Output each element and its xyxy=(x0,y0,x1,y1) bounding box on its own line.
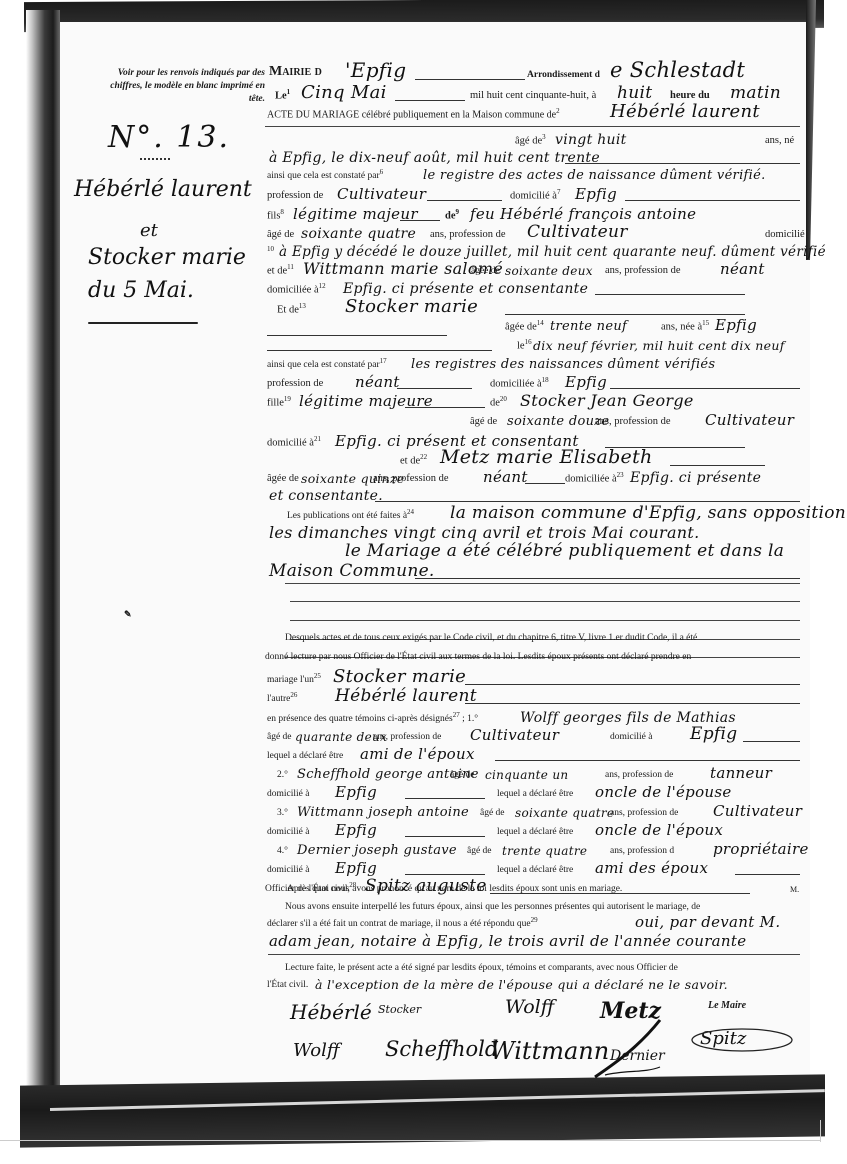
mairie-label: Mairie d xyxy=(269,64,322,80)
flourish-divider xyxy=(140,158,170,162)
act-number: N°. 13. xyxy=(108,120,230,155)
father-label: de xyxy=(445,210,456,221)
rule xyxy=(405,874,485,875)
arrondissement-label: Arrondissement d xyxy=(527,70,600,80)
binding-shadow-bottom xyxy=(20,1074,825,1147)
father-prof-label: ans, profession de xyxy=(430,229,506,240)
rule xyxy=(397,388,472,389)
rule xyxy=(375,501,800,502)
prof-label: ans, profession de xyxy=(605,770,673,780)
publications-row-3: le Mariage a été célébré publiquement et… xyxy=(265,541,805,563)
margin-conjunction: et xyxy=(140,220,158,241)
witness-2-profession: tanneur xyxy=(710,764,772,782)
father-age-label: âgé de xyxy=(267,229,294,240)
groom-mother-profession: néant xyxy=(720,260,765,278)
witness-4-relation: ami des époux xyxy=(595,859,708,877)
nee-label: ans, née à xyxy=(661,321,702,332)
father-label: de xyxy=(490,397,500,408)
rule xyxy=(405,836,485,837)
age-label: âgé de xyxy=(467,846,492,856)
rule xyxy=(400,220,440,221)
prof-label: ans, profession de xyxy=(373,732,441,742)
signature-heberle: Hébérlé xyxy=(290,1000,372,1024)
margin-groom-name: Hébérlé laurent xyxy=(74,177,252,202)
witness-2-relation: oncle de l'épouse xyxy=(595,783,732,801)
header-acte-row: ACTE DU MARIAGE célébré publiquement en … xyxy=(265,102,805,124)
margin-rule xyxy=(88,322,198,324)
mairie-value: 'Epfig xyxy=(345,58,406,82)
constate-label: ainsi que cela est constaté par xyxy=(267,171,380,181)
witness-1-domicile: Epfig xyxy=(690,724,737,744)
rule xyxy=(610,388,800,389)
groom-profession-row: profession de Cultivateur domicilié à7 E… xyxy=(265,183,805,205)
rule xyxy=(415,79,525,80)
stray-mark: ✎ xyxy=(124,609,132,620)
exception-note: à l'exception de la mère de l'épouse qui… xyxy=(315,977,728,992)
rule xyxy=(743,741,800,742)
dom-label: domicilié à xyxy=(267,865,309,875)
bride-birthplace: Epfig xyxy=(715,316,757,334)
witness-3-name: Wittmann joseph antoine xyxy=(297,805,469,820)
year-text: mil huit cent cinquante-huit, à xyxy=(470,90,596,101)
hour-value: huit xyxy=(617,83,652,103)
domicile-label: domicilié à xyxy=(510,190,557,201)
mother-prof-label: ans, profession de xyxy=(605,265,681,276)
bride-profession: néant xyxy=(355,373,400,391)
binding-shadow-right xyxy=(806,0,816,260)
groom-father: feu Hébérlé françois antoine xyxy=(470,205,696,223)
rel-label: lequel a déclaré être xyxy=(497,789,573,799)
groom-mother-age: soixante deux xyxy=(505,264,593,278)
margin-date: du 5 Mai. xyxy=(88,278,194,303)
profession-label: profession de xyxy=(267,378,323,389)
mother-age-label: âgée de xyxy=(267,473,299,484)
scan-edge-right xyxy=(820,1120,821,1142)
witness-1-profession: Cultivateur xyxy=(470,726,559,744)
groom-profession: Cultivateur xyxy=(337,185,426,203)
rule xyxy=(465,703,800,704)
arrondissement-value: e Schlestadt xyxy=(610,58,745,82)
exception-row: l'État civil. à l'exception de la mère d… xyxy=(265,972,805,994)
mother-dom-label: domiciliée à xyxy=(267,284,319,295)
bride-mother: Metz marie Elisabeth xyxy=(440,446,653,468)
witness-1-relation: ami de l'époux xyxy=(360,745,475,763)
dom-label: domicilié à xyxy=(267,789,309,799)
witness-2-domicile: Epfig xyxy=(335,783,377,801)
age-label: âgé de xyxy=(267,732,292,742)
rel-label: lequel a déclaré être xyxy=(497,865,573,875)
blank-line xyxy=(290,620,800,621)
witness-4-name: Dernier joseph gustave xyxy=(297,843,457,858)
father-prof-label: ans, profession de xyxy=(595,416,671,427)
age-label: âgé de xyxy=(515,135,542,146)
age-label: âgée de xyxy=(505,321,537,332)
binding-shadow-left xyxy=(26,10,60,1130)
contract-row-2: adam jean, notaire à Epfig, le trois avr… xyxy=(265,930,805,952)
age-label: âgé de xyxy=(480,808,505,818)
witnesses-intro: en présence des quatre témoins ci-après … xyxy=(267,714,453,724)
groom-name: Hébérlé laurent xyxy=(610,101,760,122)
publications-label: Les publications ont été faites à xyxy=(287,511,407,521)
groom-constate: le registre des actes de naissance dûmen… xyxy=(423,168,766,183)
witness-num: 3.° xyxy=(277,808,288,818)
mother-dom-label: domiciliée à xyxy=(565,473,617,484)
signature-scheffhold: Scheffhold xyxy=(385,1037,498,1061)
ans-ne-label: ans, né xyxy=(765,135,794,146)
fille-label: fille xyxy=(267,397,284,408)
bride-father-profession: Cultivateur xyxy=(705,411,794,429)
le-maire-label: Le Maire xyxy=(708,1000,746,1011)
witness-3-age: soixante quatre xyxy=(515,806,614,820)
blank-line xyxy=(290,601,800,602)
mayor-flourish-icon xyxy=(690,1025,800,1055)
witness-num: 4.° xyxy=(277,846,288,856)
spouse-un: Stocker marie xyxy=(333,666,466,687)
publications-line1: la maison commune d'Epfig, sans oppositi… xyxy=(450,503,846,523)
mother-label: et de xyxy=(400,455,420,466)
le-label: le xyxy=(517,340,525,351)
publications-line2: les dimanches vingt cinq avril et trois … xyxy=(269,523,700,542)
witness-3-relation: oncle de l'époux xyxy=(595,821,723,839)
bride-father-age-row: âgé de soixante douze ans, profession de… xyxy=(265,409,805,431)
etat-civil-label: l'État civil. xyxy=(267,980,308,990)
scan-edge-bottom xyxy=(0,1140,820,1141)
period-value: matin xyxy=(730,83,781,103)
blank-line xyxy=(265,126,800,127)
acte-text: ACTE DU MARIAGE célébré publiquement en … xyxy=(267,109,556,120)
publications-line4: Maison Commune. xyxy=(269,561,435,581)
mother-age-label: âgée de xyxy=(471,266,500,276)
un-label: mariage l'un xyxy=(267,675,314,685)
declaration-para-1: Desquels actes et de tous ceux exigés pa… xyxy=(285,629,805,648)
witness-4-profession: propriétaire xyxy=(713,840,809,858)
witness-3-domicile: Epfig xyxy=(335,821,377,839)
rule xyxy=(735,874,800,875)
publications-row-4: Maison Commune. xyxy=(265,561,805,583)
autre-label: l'autre xyxy=(267,694,290,704)
rule xyxy=(395,100,465,101)
domicile-label: domiciliée à xyxy=(490,378,542,389)
header-mairie-row: Mairie d 'Epfig Arrondissement d e Schle… xyxy=(265,62,805,84)
heure-label: heure du xyxy=(670,90,710,101)
dom-label: domicilié à xyxy=(267,827,309,837)
groom-domicile: Epfig xyxy=(575,185,617,203)
signature-wolff: Wolff xyxy=(293,1040,340,1061)
bride-domicile: Epfig xyxy=(565,373,607,391)
witness-num: 2.° xyxy=(277,770,288,780)
dom-label: domicilié à xyxy=(610,732,652,742)
age-label: âgé de xyxy=(450,770,475,780)
rule xyxy=(495,760,800,761)
groom-father-profession: Cultivateur xyxy=(527,222,628,242)
witness-3-profession: Cultivateur xyxy=(713,802,802,820)
rule xyxy=(625,200,800,201)
signature-wolff-2: Wolff xyxy=(505,996,554,1018)
pronounce-text: Officier de l'État civil, avons prononcé… xyxy=(265,880,805,899)
rule xyxy=(405,407,485,408)
bride-age: trente neuf xyxy=(550,319,627,334)
father-dom-label: domicilié à xyxy=(267,437,314,448)
father-dom-label: domicilié xyxy=(765,229,805,240)
publications-line3: le Mariage a été célébré publiquement et… xyxy=(345,541,784,561)
contract-line2: adam jean, notaire à Epfig, le trois avr… xyxy=(269,932,746,950)
rule xyxy=(267,350,492,351)
groom-mother-domicile: Epfig. ci présente et consentante xyxy=(343,281,588,297)
groom-constate-row: ainsi que cela est constaté par6 le regi… xyxy=(265,163,805,185)
signature-flourish-icon xyxy=(590,1015,670,1085)
mother-prof-label: ans, profession de xyxy=(373,473,449,484)
rule xyxy=(595,294,745,295)
bride-father: Stocker Jean George xyxy=(520,391,694,410)
rule xyxy=(427,200,502,201)
father-age-label: âgé de xyxy=(470,416,497,427)
bride-birth-date: dix neuf février, mil huit cent dix neuf xyxy=(533,338,785,353)
spouse-autre-row: l'autre26 Hébérlé laurent xyxy=(265,686,805,708)
blank-line xyxy=(285,583,800,584)
contract-value: oui, par devant M. xyxy=(635,913,780,931)
witness-2-age: cinquante un xyxy=(485,768,568,782)
rule xyxy=(405,798,485,799)
contract-label: déclarer s'il a été fait un contrat de m… xyxy=(267,919,531,929)
rule xyxy=(465,684,800,685)
witness-4-domicile: Epfig xyxy=(335,859,377,877)
profession-label: profession de xyxy=(267,190,323,201)
date-value: Cinq Mai xyxy=(301,82,387,103)
rule xyxy=(415,578,800,579)
rel-label: lequel a déclaré être xyxy=(267,751,343,761)
spouse-autre: Hébérlé laurent xyxy=(335,686,477,706)
bride-constate: les registres des naissances dûment véri… xyxy=(411,357,715,372)
witness-4-age: trente quatre xyxy=(502,844,587,858)
rel-label: lequel a déclaré être xyxy=(497,827,573,837)
le-label: Le1 xyxy=(275,88,290,102)
prof-label: ans, profession d xyxy=(610,846,674,856)
declaration-para-2: donné lecture par nous Officier de l'Éta… xyxy=(265,648,805,667)
signature-stocker: Stocker xyxy=(378,1003,421,1016)
margin-bride-name: Stocker marie xyxy=(88,245,246,270)
fils-label: fils xyxy=(267,210,280,221)
constate-label: ainsi que cela est constaté par xyxy=(267,360,380,370)
mother-label: et de xyxy=(267,265,287,276)
blank-line xyxy=(268,954,800,955)
prof-label: ans, profession de xyxy=(610,808,678,818)
margin-note: Voir pour les renvois indiqués par des c… xyxy=(100,67,265,106)
bride-mother-consent: et consentante. xyxy=(269,488,383,504)
